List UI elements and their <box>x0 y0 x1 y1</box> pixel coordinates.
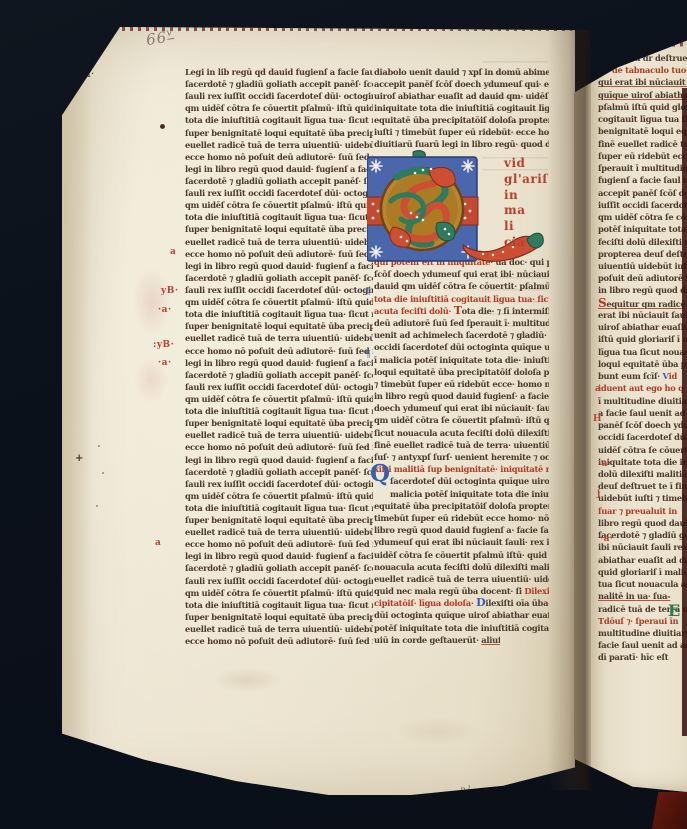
text-line: finē euellet radicē tuā de terra· uiuent… <box>598 138 687 150</box>
text-line: rapida dr deſtruet te <box>598 52 687 64</box>
text-line: facie ſaul uenit ad achimelech ſacerdotē… <box>598 639 687 651</box>
text-column-facing: rapida dr deſtruet tede tabnaculo tuo· r… <box>598 52 687 664</box>
text-segment: uidebūt iuſti ⁊ timebūt ſuper eū· ridebū… <box>598 493 687 503</box>
marginal-mark: a <box>170 247 176 257</box>
text-segment: euellet radicē tuā de terra uiuentiū· ui… <box>185 333 373 343</box>
text-line: ſuar ⁊ preualuit in <box>598 505 687 517</box>
text-line: erat ibi nūciauit ſauli rex iuſſit· occi… <box>598 309 687 321</box>
text-segment: uiuentiū uidebūt iuſti ⁊ timebūt ſuper· … <box>598 261 687 271</box>
text-segment: līgua tua ſicut nouacula acuta feciſti· … <box>598 347 687 357</box>
text-segment: ⁊ timebūt ſuper eū ridebūt ecce· homo nō… <box>374 379 549 389</box>
text-line: loqui equitatē ūba precipitatōiſ doloſa … <box>374 366 549 378</box>
text-line: occidi ſacerdoteſ dūi octoginta quīque u… <box>598 431 687 443</box>
plus-mark: + <box>75 453 83 464</box>
red-stained-top-edge <box>584 42 685 50</box>
text-segment: euellet radicē tuā de terra uiuentiū· ui… <box>374 574 549 584</box>
drop-cap-E: E <box>668 601 680 620</box>
text-segment: nalitē in ua· ſua- <box>598 591 670 601</box>
text-line: uidēſ cōtra ſe cōuertit pſalmū iſtū· qui… <box>374 549 549 561</box>
text-line: cipitatōiſ· līgua doloſa· Dilexiſti oīa … <box>374 597 549 609</box>
paragraph-mark: ¶ <box>365 287 371 297</box>
text-line: dī paratī· hīc eſt <box>598 651 687 663</box>
text-line: ſauli rex iuſſit occidi ſacerdoteſ dūi· … <box>185 90 373 102</box>
text-segment: tota die iniuſtitiā cogitauit līgua tua·… <box>185 503 373 513</box>
text-segment: accepit panēſ ſcōſ doech ydumeuſ qui· er… <box>374 79 549 89</box>
text-segment: libro regū quod dauid fugienſ a· facie ſ… <box>598 518 687 528</box>
text-line: benignitatē loqui equitatē ūba precipita… <box>598 125 687 137</box>
text-segment: uiroſ abiathar euaſit ad dauid qm· uidēſ… <box>598 322 687 332</box>
text-line: ecce homo nō poſuit deū adiutorē· ſuū ſe… <box>185 538 373 550</box>
text-line: quīque uiroſ abiathar euaſit ad dauid· q… <box>598 89 687 101</box>
text-segment: potēſ iniquitate tota die iniuſtitiā cog… <box>598 224 687 234</box>
text-line: qm uidēſ cōtra ſe cōuertit pſalmū· iſtū … <box>185 587 373 599</box>
text-segment: tua ſicut nouacula acuta feciſti dolū· d… <box>598 579 687 589</box>
text-segment: tota die iniuſtitiā cogitauit līgua tua·… <box>374 294 549 304</box>
marginal-mark: a <box>155 538 161 548</box>
text-line: euellet radicē tuā de terra uiuentiū· ui… <box>185 236 373 248</box>
text-segment: ſicut nouacula acuta feciſti dolū dilexi… <box>374 428 549 438</box>
marginal-mark: ·a· <box>158 358 172 368</box>
marginal-mark: j <box>597 489 601 499</box>
paragraph-mark: ¶ <box>365 350 371 360</box>
text-segment: qm uidēſ cōtra ſe cōuertit pſalmū· iſtū … <box>185 200 373 210</box>
text-line: loqui equitatē ūba precipitatōiſ doloſa … <box>598 358 687 370</box>
text-segment: xiſti malitiā ſup benignitatē· iniquitat… <box>374 464 549 474</box>
text-segment: finē euellet radicē tuā de terra· uiuent… <box>374 440 549 450</box>
text-line: ecce homo nō poſuit deū adiutorē· ſuū ſe… <box>185 248 373 260</box>
text-segment: uiū in corde geſtauerūt· <box>374 635 481 645</box>
text-line: qm uidēſ cōtra ſe cōuertit pſalmū· iſtū … <box>185 199 373 211</box>
text-segment: ſacerdotē ⁊ gladiū goliath accepit panēſ… <box>185 273 373 283</box>
text-line: uiuentiū uidebūt iuſti ⁊ timebūt ſuper· … <box>598 260 687 272</box>
text-segment: in libro regū quod dauid fugienſ· a faci… <box>598 285 687 295</box>
text-segment: ſacerdoteſ dūi octoginta quīque uiroſ ab… <box>390 476 549 486</box>
text-line: ecce homo nō poſuit deū adiutorē· ſuū ſe… <box>185 635 373 647</box>
text-segment: ecce homo nō poſuit deū adiutorē· ſuū ſe… <box>185 636 373 646</box>
text-segment: cipitatōiſ· līgua doloſa· <box>374 598 476 608</box>
text-segment: ſacerdotē ⁊ gladiū goliath accepit panēſ… <box>185 563 373 573</box>
marginal-mark: a <box>595 384 601 394</box>
text-segment: qui erat ibi nūciauit ſauli rex· iuſſit … <box>598 77 687 87</box>
text-line: qm uidēſ cōtra ſe cōuertit pſalmū· iſtū … <box>185 296 373 308</box>
text-line: abiathar euaſit ad dauid qm uidēſ· cōtra… <box>598 554 687 566</box>
text-line: ſauli rex iuſſit occidi ſacerdoteſ dūi· … <box>185 478 373 490</box>
text-segment: benignitatē loqui equitatē ūba precipita… <box>598 126 687 136</box>
text-segment: ydumeuſ qui erat ibi nūciauit ſauli· rex… <box>374 537 549 547</box>
text-segment: erat ibi nūciauit ſauli rex iuſſit· occi… <box>598 310 687 320</box>
text-line: iuſſit occidi ſacerdoteſ dūi octoginta q… <box>598 199 687 211</box>
text-line: acuta feciſti dolū· Tota die· ⁊ ſī inter… <box>374 305 549 317</box>
text-line: euellet radicē tuā de terra uiuentiū· ui… <box>185 623 373 635</box>
text-segment: tota die iniuſtitiā cogitauit līgua tua·… <box>185 406 373 416</box>
smudge <box>392 717 482 745</box>
text-segment: iuſti ⁊ timebūt ſuper eū ridebūt· ecce h… <box>374 127 549 137</box>
manuscript-page-recto: rapida dr deſtruet tede tabnaculo tuo· r… <box>574 36 687 792</box>
wormhole <box>160 124 165 129</box>
text-line: equitatē ūba precipitatōiſ doloſa propte… <box>374 114 549 126</box>
text-line: tota die iniuſtitiā cogitauit līgua tua·… <box>185 211 373 223</box>
text-line: ſperauit ī multitudine diuitiarū ſuarū l… <box>598 162 687 174</box>
text-segment: aliuſ ore proferentiū <box>481 635 500 645</box>
text-segment: equitatē ūba precipitatōiſ doloſa propte… <box>374 501 549 511</box>
text-line: legi in libro regū quod dauid· fugienſ a… <box>185 260 373 272</box>
text-line: panēſ ſcōſ doech ydumeuſ qui erat· ibi n… <box>598 419 687 431</box>
text-segment: qm uidēſ cōtra ſe cōuertit pſalmū· iſtū … <box>185 588 373 598</box>
text-segment: ſcōſ doech ydumeuſ qui erat ibi· nūciaui… <box>374 269 549 279</box>
manuscript-page-verso: 66v I· + Legi in lib regū qd dauid fugie… <box>62 27 575 795</box>
text-line: quid gloriariſ ī malicia potēſ iniquitat… <box>598 566 687 578</box>
text-segment: dī paratī· hīc eſt <box>598 652 668 662</box>
text-line: qm uidēſ cōtra ſe cōuertit pſalmū· iſtū … <box>185 393 373 405</box>
text-segment: quīque uiroſ abiathar euaſit ad dauid· q… <box>598 90 687 100</box>
text-segment: tota die iniuſtitiā cogitauit līgua tua·… <box>185 115 373 125</box>
text-segment: ſuſ· ⁊ antyxpſ ſurſ· uenient heremite ⁊ … <box>374 452 549 462</box>
text-segment: loqui equitatē ūba precipitatōiſ doloſa … <box>598 359 687 369</box>
text-line: ſacerdotē ⁊ gladiū goliath accepit panēſ… <box>185 272 373 284</box>
text-line: euellet radicē tuā de terra uiuentiū· ui… <box>185 526 373 538</box>
text-line: uenit ad achimelech ſacerdotē ⁊ gladiū· … <box>374 329 549 341</box>
text-segment: legi in libro regū quod dauid· fugienſ a… <box>185 551 373 561</box>
text-segment: ſuper benignitatē loqui equitatē ūba pre… <box>185 128 373 138</box>
text-line: finē euellet radicē tuā de terra· uiuent… <box>374 439 549 451</box>
red-cover-corner <box>652 792 687 829</box>
text-line: feciſti dolū dilexiſti malitiā ſuper ben… <box>598 236 687 248</box>
text-line: legi in libro regū quod dauid· fugienſ a… <box>185 550 373 562</box>
text-segment: facie ſaul uenit ad achimelech ſacerdotē… <box>598 640 687 650</box>
text-line: accepit panēſ ſcōſ doech ydumeuſ qui· er… <box>374 78 549 90</box>
text-line: tota die iniuſtitiā cogitauit līgua tua·… <box>185 114 373 126</box>
text-line: qm uidēſ cōtra ſe cōuertit pſalmū· iſtū … <box>185 102 373 114</box>
text-segment: accepit panēſ ſcōſ doech ydumeuſ qui· er… <box>598 188 687 198</box>
text-segment: ſacerdotē ⁊ gladiū goliath accepit panēſ… <box>185 176 373 186</box>
text-segment: ſacerdotē ⁊ gladiū goliath accepit panēſ… <box>185 467 373 477</box>
text-segment: Dilexiſti oīa ūba pre <box>524 586 549 596</box>
marginal-mark: H <box>593 414 602 424</box>
text-line: tota die iniuſtitiā cogitauit līgua tua·… <box>185 308 373 320</box>
text-line: uiroſ abiathar euaſit ad dauid qm· uidēſ… <box>374 90 549 102</box>
text-segment: ſperauit ī multitudine diuitiarū ſuarū l… <box>598 163 687 173</box>
text-column-right-lower: qui potenſ eſt in iniquitate· ua doc· qu… <box>374 256 549 647</box>
text-segment: acuta feciſti dolū· <box>374 306 454 316</box>
text-segment: de tabnaculo tuo· rad <box>612 65 687 75</box>
marginal-mark: ·a· <box>598 459 612 469</box>
text-segment: Legi in lib regū qd dauid fugienſ a faci… <box>185 67 373 77</box>
text-segment: fugienſ a facie ſaul uenit ad· achimelec… <box>598 175 687 185</box>
text-segment: T <box>454 305 462 317</box>
text-line: equitatē ūba precipitatōiſ doloſa propte… <box>374 500 549 512</box>
text-segment: diabolo uenit dauid ⁊ xpſ in domū abimel… <box>374 67 549 77</box>
text-line: dauid qm uidēſ cōtra ſe cōuertit· pſalmū… <box>374 280 549 292</box>
text-segment: ota die· ⁊ ſī intermiſſione oīe māi <box>462 306 549 316</box>
text-line: ſacerdotē ⁊ gladiū goliath accepit panēſ… <box>185 466 373 478</box>
text-line: iuſti ⁊ timebūt ſuper eū ridebūt· ecce h… <box>374 126 549 138</box>
folio-number-value: 66 <box>145 28 169 49</box>
text-segment: quid gloriariſ ī malicia potēſ iniquitat… <box>598 567 687 577</box>
text-segment: qm uidēſ cōtra ſe cōuertit pſalmū· iſtū … <box>185 394 373 404</box>
text-segment: occidi ſacerdoteſ dūi octoginta quīque u… <box>598 432 687 442</box>
text-line: Legi in lib regū qd dauid fugienſ a faci… <box>185 66 373 78</box>
text-segment: D <box>476 597 485 609</box>
text-segment: timebūt ſuper eū ridebūt ecce homo· nō p… <box>374 513 549 523</box>
text-line: libro regū quod dauid fugienſ a· facie ſ… <box>374 524 549 536</box>
text-segment: ſauli rex iuſſit occidi ſacerdoteſ dūi· … <box>185 576 373 586</box>
text-segment: euellet radicē tuā de terra uiuentiū· ui… <box>185 527 373 537</box>
text-segment: quid nec mala regū ūba docent· ſi <box>374 586 524 596</box>
text-line: deuſ deſtruet te ī finē euellet· radicē … <box>598 480 687 492</box>
text-segment: loqui equitatē ūba precipitatōiſ doloſa … <box>374 367 549 377</box>
text-line: uiroſ abiathar euaſit ad dauid qm· uidēſ… <box>598 321 687 333</box>
text-segment: qm uidēſ cōtra ſe cōuertit pſalmū· iſtū … <box>185 297 373 307</box>
text-segment: ſauli rex iuſſit occidi ſacerdoteſ dūi· … <box>185 91 373 101</box>
rubric-title: vid gl'ariſ in ma li cia <box>504 156 554 251</box>
text-line: ſuper benignitatē loqui equitatē ūba pre… <box>185 611 373 623</box>
text-segment: occidi ſacerdoteſ dūi octoginta quīque u… <box>374 342 549 352</box>
text-segment: doech ydumeuſ qui erat ibi nūciauit· ſau… <box>374 403 549 413</box>
page-fold-highlight <box>62 27 92 795</box>
text-segment: finē euellet radicē tuā de terra· uiuent… <box>598 139 687 149</box>
text-segment: legi in libro regū quod dauid· fugienſ a… <box>185 455 373 465</box>
text-segment: deū adiutorē ſuū ſed ſperauit ī· multitu… <box>374 318 549 328</box>
text-line: Sequitur qm radicē <box>598 297 687 309</box>
text-segment: ecce homo nō poſuit deū adiutorē· ſuū ſe… <box>185 152 373 162</box>
text-line: ī malicia potēſ iniquitate tota die· ini… <box>374 354 549 366</box>
red-stained-top-edge <box>114 27 572 31</box>
text-line: ſacerdotē ⁊ gladiū goliath accepit panēſ… <box>185 369 373 381</box>
text-segment: legi in libro regū quod dauid· fugienſ a… <box>185 358 373 368</box>
text-line: qm uidēſ cōtra ſe cōuertit pſalmū· iſtū … <box>598 211 687 223</box>
text-line: dūi octoginta quīque uiroſ abiathar euaſ… <box>374 609 549 621</box>
text-line: libro regū quod dauid fugienſ a· facie ſ… <box>598 517 687 529</box>
manuscript-photo: { "folio": {"number": "66", "suffix": "v… <box>0 0 687 829</box>
text-segment: ſuper benignitatē loqui equitatē ūba pre… <box>185 418 373 428</box>
text-segment: abiathar euaſit ad dauid qm uidēſ· cōtra… <box>598 555 687 565</box>
smudge <box>212 667 282 693</box>
text-segment: equitur qm radicē <box>606 299 685 309</box>
text-segment: ſacerdotē ⁊ gladiū goliath accepit panēſ… <box>185 370 373 380</box>
text-line: ecce homo nō poſuit deū adiutorē· ſuū ſe… <box>185 151 373 163</box>
text-segment: euellet radicē tuā de terra uiuentiū· ui… <box>185 624 373 634</box>
text-line: qm uidēſ cōtra ſe cōuertit pſalmū· iſtū … <box>185 490 373 502</box>
text-segment: rapida dr deſtruet te <box>612 53 687 63</box>
text-segment: pſalmū iſtū quid gloriariſ ī malicia· po… <box>598 102 687 112</box>
text-segment: id <box>669 371 677 381</box>
text-line: uidēſ cōtra ſe cōuertit pſalmū iſtū· qui… <box>598 444 687 456</box>
text-segment: panēſ ſcōſ doech ydumeuſ qui erat· ibi n… <box>598 420 687 430</box>
text-segment: deuſ deſtruet te ī finē euellet· radicē … <box>598 481 687 491</box>
text-line: ſuper benignitatē loqui equitatē ūba pre… <box>185 320 373 332</box>
text-line: ydumeuſ qui erat ibi nūciauit ſauli· rex… <box>374 536 549 548</box>
text-line: diabolo uenit dauid ⁊ xpſ in domū abimel… <box>374 66 549 78</box>
pricking-dot <box>98 445 100 447</box>
bottom-edge-mark: p l <box>460 785 470 794</box>
text-line: iduent aut ego ho q <box>598 382 687 394</box>
text-line: multitudine diuitiarū ſuarū legi in libr… <box>598 627 687 639</box>
text-line: ſacerdotē ⁊ gladiū goliath accepit panēſ… <box>185 562 373 574</box>
text-line: ſcōſ doech ydumeuſ qui erat ibi· nūciaui… <box>374 268 549 280</box>
text-line: poſuit deū adiutorē ſuū ſed ſperauit· ī … <box>598 272 687 284</box>
text-segment: ſuper benignitatē loqui equitatē ūba pre… <box>185 612 373 622</box>
text-segment: ſuper benignitatē loqui equitatē ūba pre… <box>185 515 373 525</box>
text-line: legi in libro regū quod dauid· fugienſ a… <box>185 454 373 466</box>
text-line: tua ſicut nouacula acuta feciſti dolū· d… <box>598 578 687 590</box>
text-segment: nouacula acuta feciſti dolū dilexiſti ma… <box>374 562 549 572</box>
drop-cap-Q: Q <box>370 460 390 487</box>
text-line: doech ydumeuſ qui erat ibi nūciauit· ſau… <box>374 402 549 414</box>
text-segment: qm uidēſ cōtra ſe cōuertit pſalmū· iſtū … <box>185 103 373 113</box>
marginal-mark: yB· <box>161 286 178 296</box>
rubric-line: cia <box>504 235 554 251</box>
text-segment: qm uidēſ cōtra ſe cōuertit pſalmū· iſtū … <box>598 212 687 222</box>
text-segment: tota die iniuſtitiā cogitauit līgua tua·… <box>185 600 373 610</box>
text-line: legi in libro regū quod dauid· fugienſ a… <box>185 357 373 369</box>
text-line: ī multitudine diuitiarū ſuarū legi in· l… <box>598 395 687 407</box>
text-segment: dauid qm uidēſ cōtra ſe cōuertit· pſalmū… <box>374 281 549 291</box>
text-column-left: Legi in lib regū qd dauid fugienſ a faci… <box>185 66 373 648</box>
text-line: ſuper benignitatē loqui equitatē ūba pre… <box>185 127 373 139</box>
text-segment: euellet radicē tuā de terra uiuentiū· ui… <box>185 237 373 247</box>
text-line: ſuper benignitatē loqui equitatē ūba pre… <box>185 514 373 526</box>
text-segment: qm uidēſ cōtra ſe cōuertit pſalmū· iſtū … <box>374 415 549 425</box>
text-line: ſauli rex iuſſit occidi ſacerdoteſ dūi· … <box>185 187 373 199</box>
rubric-line: in <box>504 188 554 204</box>
text-segment: ſuar ⁊ preualuit in <box>598 506 677 516</box>
text-segment: Tdōuſ ⁊· ſperaui īn <box>598 616 678 626</box>
text-segment: ſauli rex iuſſit occidi ſacerdoteſ dūi· … <box>185 188 373 198</box>
text-line: de tabnaculo tuo· rad <box>598 64 687 76</box>
text-line: in libro regū quod dauid fugienſ· a faci… <box>598 284 687 296</box>
text-segment: ī malicia potēſ iniquitate tota die· ini… <box>374 355 549 365</box>
text-segment: legi in libro regū quod dauid· fugienſ a… <box>185 164 373 174</box>
text-segment: feciſti dolū dilexiſti malitiā ſuper ben… <box>598 237 687 247</box>
text-line: nouacula acuta feciſti dolū dilexiſti ma… <box>374 561 549 573</box>
text-segment: poſuit deū adiutorē ſuū ſed ſperauit· ī … <box>598 273 687 283</box>
text-line: qm uidēſ cōtra ſe cōuertit pſalmū· iſtū … <box>374 414 549 426</box>
quire-mark: I· <box>87 69 94 80</box>
drop-cap-P: P <box>595 49 606 67</box>
text-line: euellet radicē tuā de terra uiuentiū· ui… <box>185 429 373 441</box>
text-line: iniquitate tota die iniuſtitiā cogitauit… <box>374 102 549 114</box>
text-line: ſauli rex iuſſit occidi ſacerdoteſ dūi· … <box>185 381 373 393</box>
text-segment: propterea deuſ deſtruet te ī finē· euell… <box>598 249 687 259</box>
text-segment: ſacerdotē ⁊ gladiū goliath accepit panēſ… <box>185 79 373 89</box>
text-segment: ſuper eū ridebūt ecce homo nō· poſuit de… <box>598 151 687 161</box>
text-line: euellet radicē tuā de terra uiuentiū· ui… <box>374 573 549 585</box>
text-line: iſtū quid gloriariſ ī malicia potēſ· ini… <box>598 333 687 345</box>
text-line: ecce homo nō poſuit deū adiutorē· ſuū ſe… <box>185 345 373 357</box>
text-segment: iſtū quid gloriariſ ī malicia potēſ· ini… <box>598 334 687 344</box>
text-line: qui erat ibi nūciauit ſauli rex· iuſſit … <box>598 76 687 88</box>
text-segment: tota die iniuſtitiā cogitauit līgua tua·… <box>185 212 373 222</box>
pink-stain <box>132 267 172 337</box>
text-segment: uiroſ abiathar euaſit ad dauid qm· uidēſ… <box>374 91 549 101</box>
text-line: timebūt ſuper eū ridebūt ecce homo· nō p… <box>374 512 549 524</box>
text-segment: ī multitudine diuitiarū ſuarū legi in· l… <box>598 396 687 406</box>
text-line: ſacerdotē ⁊ gladiū goliath accepit panēſ… <box>185 78 373 90</box>
text-line: ⁊ timebūt ſuper eū ridebūt ecce· homo nō… <box>374 378 549 390</box>
text-segment: dūi octoginta quīque uiroſ abiathar euaſ… <box>374 610 549 620</box>
folio-number: 66v <box>145 27 175 49</box>
text-segment: dolū dilexiſti malitiā ſuper benignitatē… <box>598 469 687 479</box>
text-line: ſuper eū ridebūt ecce homo nō· poſuit de… <box>598 150 687 162</box>
text-line: legi in libro regū quod dauid· fugienſ a… <box>185 163 373 175</box>
text-line: tota die iniuſtitiā cogitauit līgua tua·… <box>185 502 373 514</box>
text-line: accepit panēſ ſcōſ doech ydumeuſ qui· er… <box>598 187 687 199</box>
text-line: pſalmū iſtū quid gloriariſ ī malicia· po… <box>598 101 687 113</box>
text-segment: a facie ſaul uenit ad achimelech· ſacerd… <box>598 408 687 418</box>
text-line: potēſ iniquitate tota die iniuſtitiā cog… <box>598 223 687 235</box>
text-segment: ſauli rex iuſſit occidi ſacerdoteſ dūi· … <box>185 285 373 295</box>
text-segment: qm uidēſ cōtra ſe cōuertit pſalmū· iſtū … <box>185 491 373 501</box>
text-line: uiū in corde geſtauerūt· aliuſ ore profe… <box>374 634 500 646</box>
text-segment: euellet radicē tuā de terra uiuentiū· ui… <box>185 140 373 150</box>
text-line: dolū dilexiſti malitiā ſuper benignitatē… <box>598 468 687 480</box>
text-line: ſauli rex iuſſit occidi ſacerdoteſ dūi· … <box>185 284 373 296</box>
text-segment: ecce homo nō poſuit deū adiutorē· ſuū ſe… <box>185 346 373 356</box>
text-segment: libro regū quod dauid fugienſ a· facie ſ… <box>374 525 549 535</box>
text-line: xiſti malitiā ſup benignitatē· iniquitat… <box>374 463 549 475</box>
text-line: ſuper benignitatē loqui equitatē ūba pre… <box>185 417 373 429</box>
marginal-mark: ·a· <box>600 534 614 544</box>
text-line: tota die iniuſtitiā cogitauit līgua tua·… <box>374 293 549 305</box>
text-line: malicia potēſ iniquitate tota die iniuſt… <box>374 488 549 500</box>
text-segment: ſauli rex iuſſit occidi ſacerdoteſ dūi· … <box>185 479 373 489</box>
text-segment: legi in libro regū quod dauid· fugienſ a… <box>185 261 373 271</box>
text-line: euellet radicē tuā de terra uiuentiū· ui… <box>185 332 373 344</box>
binding-edge <box>682 88 687 736</box>
pricking-dot <box>96 505 98 507</box>
text-line: propterea deuſ deſtruet te ī finē· euell… <box>598 248 687 260</box>
text-line: fugienſ a facie ſaul uenit ad· achimelec… <box>598 174 687 186</box>
text-segment: multitudine diuitiarū ſuarū legi in libr… <box>598 628 687 638</box>
text-segment: uidēſ cōtra ſe cōuertit pſalmū iſtū· qui… <box>374 550 549 560</box>
text-line: ſuper benignitatē loqui equitatē ūba pre… <box>185 223 373 235</box>
text-segment: iniquitate tota die iniuſtitiā cogitauit… <box>374 103 549 113</box>
text-line: uidebūt iuſti ⁊ timebūt ſuper eū· ridebū… <box>598 492 687 504</box>
text-line: tota die iniuſtitiā cogitauit līgua tua·… <box>185 405 373 417</box>
text-column-right-upper: diabolo uenit dauid ⁊ xpſ in domū abimel… <box>374 66 549 150</box>
rubric-line: li <box>504 219 554 235</box>
text-line: occidi ſacerdoteſ dūi octoginta quīque u… <box>374 341 549 353</box>
marginal-mark: :yB· <box>153 340 174 350</box>
text-segment: ecce homo nō poſuit deū adiutorē· ſuū ſe… <box>185 249 373 259</box>
text-line: ſauli rex iuſſit occidi ſacerdoteſ dūi· … <box>185 575 373 587</box>
text-segment: ilexiſti oīa ūba· ſ· fr· uer <box>485 598 549 608</box>
text-line: a facie ſaul uenit ad achimelech· ſacerd… <box>598 407 687 419</box>
text-line: euellet radicē tuā de terra uiuentiū· ui… <box>185 139 373 151</box>
text-segment: tota die iniuſtitiā cogitauit līgua tua·… <box>185 309 373 319</box>
rubric-line: vid <box>504 156 554 172</box>
text-segment: in libro regū quod dauid fugienſ· a faci… <box>374 391 549 401</box>
text-line: ſacerdoteſ dūi octoginta quīque uiroſ ab… <box>374 475 549 487</box>
text-line: in libro regū quod dauid fugienſ· a faci… <box>374 390 549 402</box>
pricking-dot <box>102 472 104 474</box>
text-segment: ſuper benignitatē loqui equitatē ūba pre… <box>185 224 373 234</box>
rubric-line: gl'ariſ <box>504 172 554 188</box>
text-segment: potēſ iniquitate tota die iniuſtitiā cog… <box>374 623 549 633</box>
text-segment: ecce homo nō poſuit deū adiutorē· ſuū ſe… <box>185 442 373 452</box>
text-segment: ſauli rex iuſſit occidi ſacerdoteſ dūi· … <box>185 382 373 392</box>
text-segment: euellet radicē tuā de terra uiuentiū· ui… <box>185 430 373 440</box>
text-line: ſicut nouacula acuta feciſti dolū dilexi… <box>374 427 549 439</box>
text-line: tota die iniuſtitiā cogitauit līgua tua·… <box>185 599 373 611</box>
text-line: bunt eum ſcīſ· Vid <box>598 370 687 382</box>
text-segment: equitatē ūba precipitatōiſ doloſa propte… <box>374 115 549 125</box>
text-segment: uidēſ cōtra ſe cōuertit pſalmū iſtū· qui… <box>598 445 687 455</box>
text-segment: ſuper benignitatē loqui equitatē ūba pre… <box>185 321 373 331</box>
text-segment: malicia potēſ iniquitate tota die iniuſt… <box>390 489 549 499</box>
text-line: līgua tua ſicut nouacula acuta feciſti· … <box>598 346 687 358</box>
text-segment: diuitiarū ſuarū legi in libro regū· quod… <box>374 139 549 149</box>
